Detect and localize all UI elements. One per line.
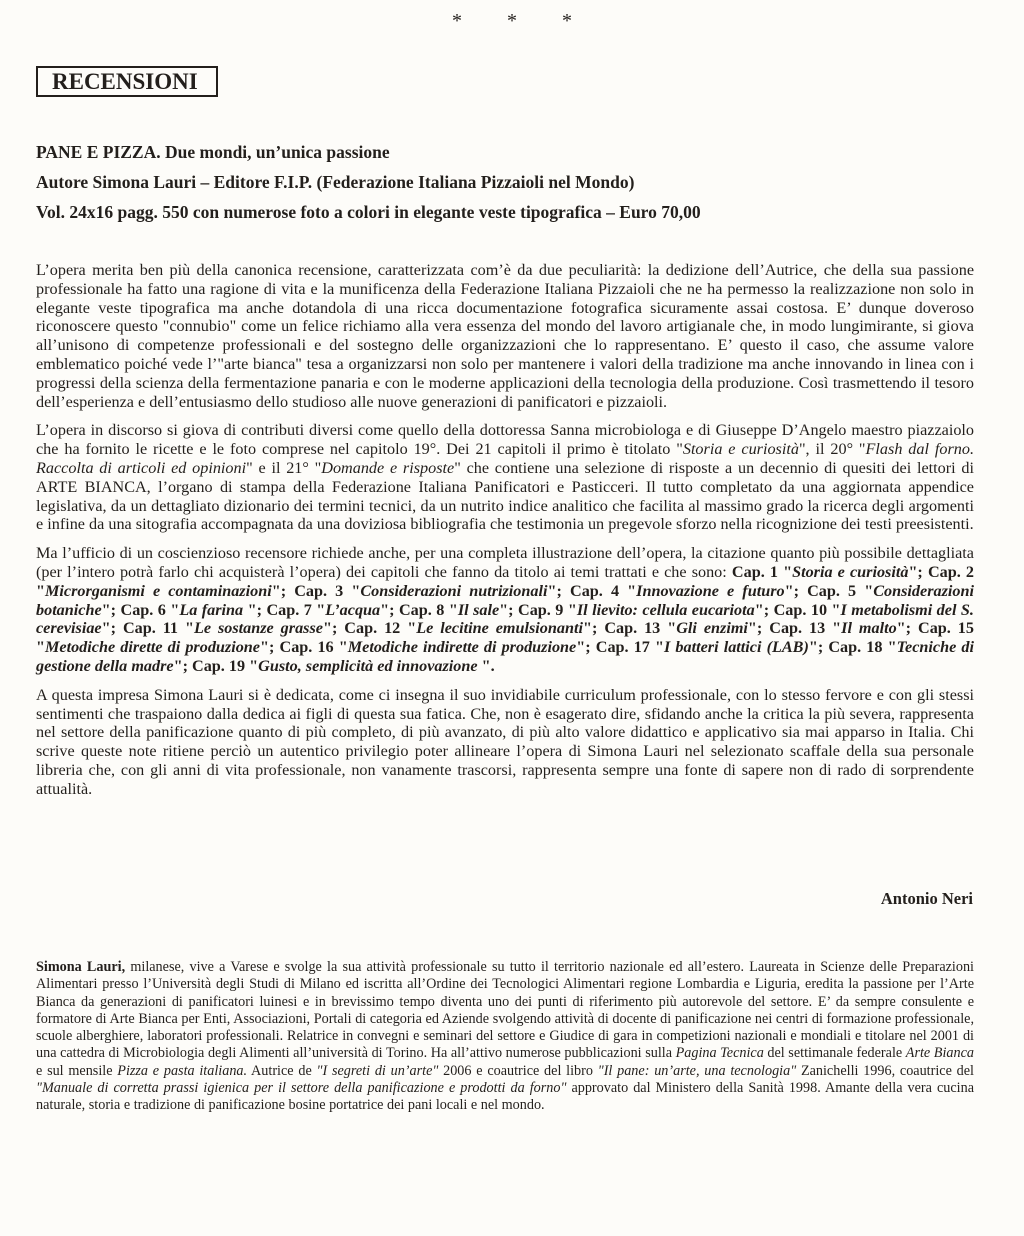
scanned-page: * * * RECENSIONI PANE E PIZZA. Due mondi… [0, 0, 1024, 1236]
review-paragraph-1: L’opera merita ben più della canonica re… [36, 261, 974, 411]
chapter-item: Cap. 13 "Gli enzimi"; [604, 619, 769, 637]
star-separator-icon: * [562, 10, 572, 33]
review-paragraph-2: L’opera in discorso si giova di contribu… [36, 421, 974, 534]
chapter-item: Cap. 12 "Le lecitine emulsionanti"; [344, 619, 604, 637]
text-run: del settimanale federale [764, 1045, 906, 1061]
chapter-item: Cap. 1 "Storia e curiosità"; [732, 563, 928, 581]
italic-title: Pagina Tecnica [676, 1045, 764, 1061]
italic-title: Storia e curiosità [683, 440, 799, 458]
book-credits: Autore Simona Lauri – Editore F.I.P. (Fe… [36, 170, 996, 200]
chapter-title: Gli enzimi [676, 619, 748, 637]
chapter-title: Innovazione e futuro [636, 582, 784, 600]
bio-paragraph: Simona Lauri, milanese, vive a Varese e … [36, 959, 974, 1115]
chapter-title: Metodiche indirette di produzione [348, 638, 577, 656]
chapter-title: Le sostanze grasse [194, 619, 323, 637]
review-signature: Antonio Neri [881, 889, 973, 909]
text-run: Zanichelli 1996, coautrice del [796, 1063, 974, 1079]
chapter-title: La farina [179, 601, 247, 619]
chapter-item: Cap. 8 "Il sale"; [399, 601, 518, 619]
text-run: Autrice de [247, 1063, 316, 1079]
italic-title: "I segreti di un’arte" [317, 1063, 439, 1079]
text-run: " e il 21° " [246, 459, 321, 477]
chapter-title: Le lecitine emulsionanti [416, 619, 583, 637]
chapter-title: Storia e curiosità [792, 563, 908, 581]
italic-title: "Manuale di corretta prassi igienica per… [36, 1080, 566, 1096]
chapter-item: Cap. 11 "Le sostanze grasse"; [123, 619, 344, 637]
star-separator-icon: * [452, 10, 462, 33]
chapter-title: Il lievito: cellula eucariota [577, 601, 755, 619]
chapter-title: Il malto [841, 619, 897, 637]
chapter-title: Metodiche dirette di produzione [45, 638, 260, 656]
review-paragraph-3: Ma l’ufficio di un coscienzioso recensor… [36, 544, 974, 676]
review-paragraph-4: A questa impresa Simona Lauri si è dedic… [36, 686, 974, 799]
italic-title: Arte Bianca [906, 1045, 974, 1061]
chapter-title: Considerazioni nutrizionali [360, 582, 547, 600]
chapter-title: Il sale [458, 601, 499, 619]
italic-title: "Il pane: un’arte, una tecnologia" [598, 1063, 796, 1079]
section-label-box: RECENSIONI [36, 66, 218, 97]
chapter-item: Cap. 17 "I batteri lattici (LAB)"; [596, 638, 829, 656]
review-body: L’opera merita ben più della canonica re… [36, 261, 974, 809]
chapter-item: Cap. 4 "Innovazione e futuro"; [570, 582, 807, 600]
chapter-item: Cap. 3 "Considerazioni nutrizionali"; [294, 582, 570, 600]
section-separator: * * * [0, 10, 1024, 33]
chapter-item: Cap. 19 "Gusto, semplicità ed innovazion… [192, 657, 495, 675]
chapter-item: Cap. 6 "La farina "; [121, 601, 267, 619]
chapter-item: Cap. 13 "Il malto"; [769, 619, 918, 637]
italic-title: Domande e risposte [321, 459, 454, 477]
chapter-title: I batteri lattici (LAB) [664, 638, 809, 656]
text-run: e sul mensile [36, 1063, 117, 1079]
chapter-item: Cap. 7 "L’acqua"; [266, 601, 399, 619]
book-title: PANE E PIZZA. Due mondi, un’unica passio… [36, 140, 996, 170]
chapter-item: Cap. 16 "Metodiche indirette di produzio… [280, 638, 596, 656]
chapter-title: Microrganismi e contaminazioni [45, 582, 272, 600]
chapter-title: Gusto, semplicità ed innovazione [258, 657, 482, 675]
bio-author-name: Simona Lauri, [36, 959, 125, 975]
chapter-title: L’acqua [325, 601, 380, 619]
author-bio: Simona Lauri, milanese, vive a Varese e … [36, 959, 974, 1115]
text-run: 2006 e coautrice del libro [438, 1063, 597, 1079]
italic-title: Pizza e pasta italiana. [117, 1063, 247, 1079]
book-header: PANE E PIZZA. Due mondi, un’unica passio… [36, 140, 996, 230]
text-run: ", il 20° " [799, 440, 866, 458]
chapter-item: Cap. 9 "Il lievito: cellula eucariota"; [518, 601, 774, 619]
book-details: Vol. 24x16 pagg. 550 con numerose foto a… [36, 200, 996, 230]
star-separator-icon: * [507, 10, 517, 33]
